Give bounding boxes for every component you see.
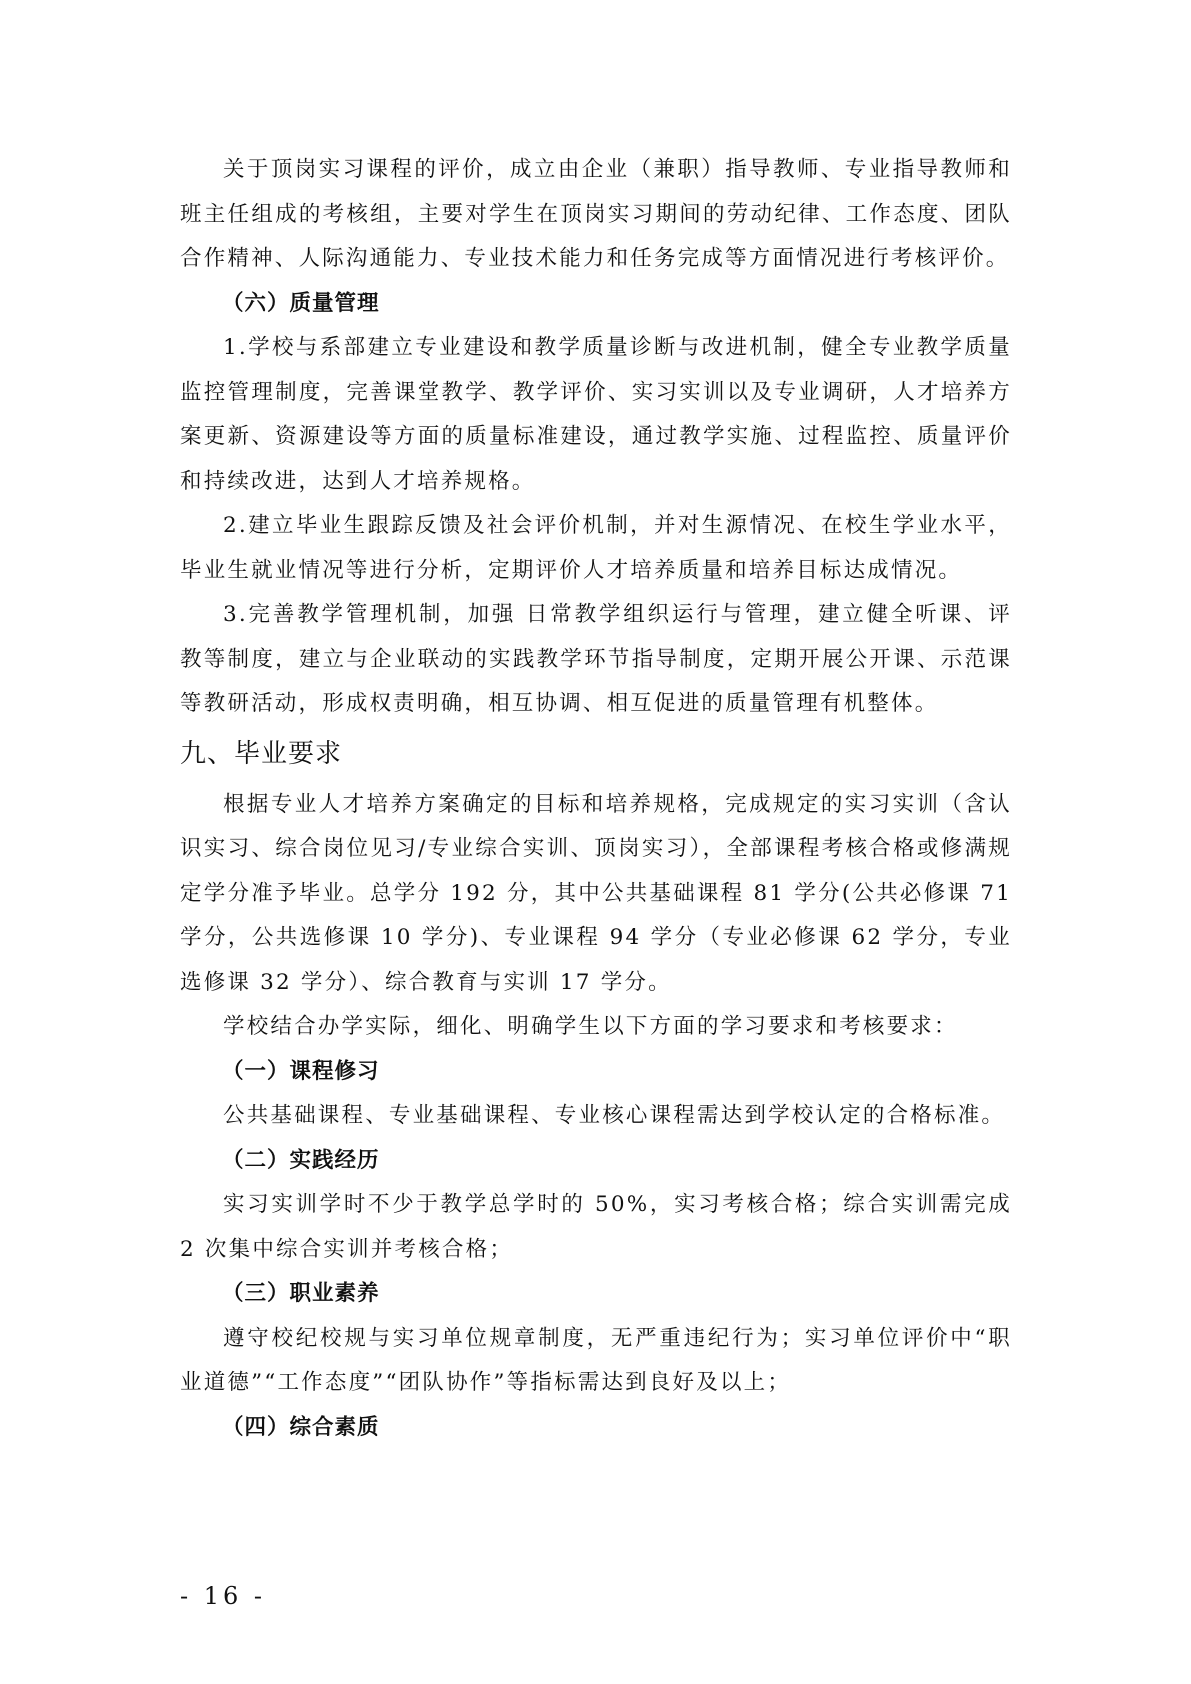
subheading-course-study: （一）课程修习 <box>180 1050 1012 1095</box>
document-page: 关于顶岗实习课程的评价，成立由企业（兼职）指导教师、专业指导教师和班主任组成的考… <box>0 0 1191 1684</box>
paragraph-internship-evaluation: 关于顶岗实习课程的评价，成立由企业（兼职）指导教师、专业指导教师和班主任组成的考… <box>180 148 1012 282</box>
subheading-comprehensive-quality: （四）综合素质 <box>180 1406 1012 1451</box>
paragraph-quality-item-3: 3.完善教学管理机制，加强 日常教学组织运行与管理，建立健全听课、评教等制度，建… <box>180 593 1012 727</box>
paragraph-quality-item-1: 1.学校与系部建立专业建设和教学质量诊断与改进机制，健全专业教学质量监控管理制度… <box>180 326 1012 504</box>
paragraph-practice-experience: 实习实训学时不少于教学总学时的 50%，实习考核合格；综合实训需完成 2 次集中… <box>180 1183 1012 1272</box>
paragraph-school-requirements-intro: 学校结合办学实际，细化、明确学生以下方面的学习要求和考核要求： <box>180 1005 1012 1050</box>
page-number: - 16 - <box>180 1582 266 1610</box>
section-heading-graduation-requirements: 九、毕业要求 <box>180 729 1012 779</box>
page-content: 关于顶岗实习课程的评价，成立由企业（兼职）指导教师、专业指导教师和班主任组成的考… <box>180 148 1012 1450</box>
paragraph-course-study: 公共基础课程、专业基础课程、专业核心课程需达到学校认定的合格标准。 <box>180 1094 1012 1139</box>
paragraph-professional-quality: 遵守校纪校规与实习单位规章制度，无严重违纪行为；实习单位评价中“职业道德”“工作… <box>180 1317 1012 1406</box>
subheading-quality-management: （六）质量管理 <box>180 282 1012 327</box>
subheading-practice-experience: （二）实践经历 <box>180 1139 1012 1184</box>
paragraph-credit-requirements: 根据专业人才培养方案确定的目标和培养规格，完成规定的实习实训（含认识实习、综合岗… <box>180 783 1012 1006</box>
paragraph-quality-item-2: 2.建立毕业生跟踪反馈及社会评价机制，并对生源情况、在校生学业水平，毕业生就业情… <box>180 504 1012 593</box>
subheading-professional-quality: （三）职业素养 <box>180 1272 1012 1317</box>
